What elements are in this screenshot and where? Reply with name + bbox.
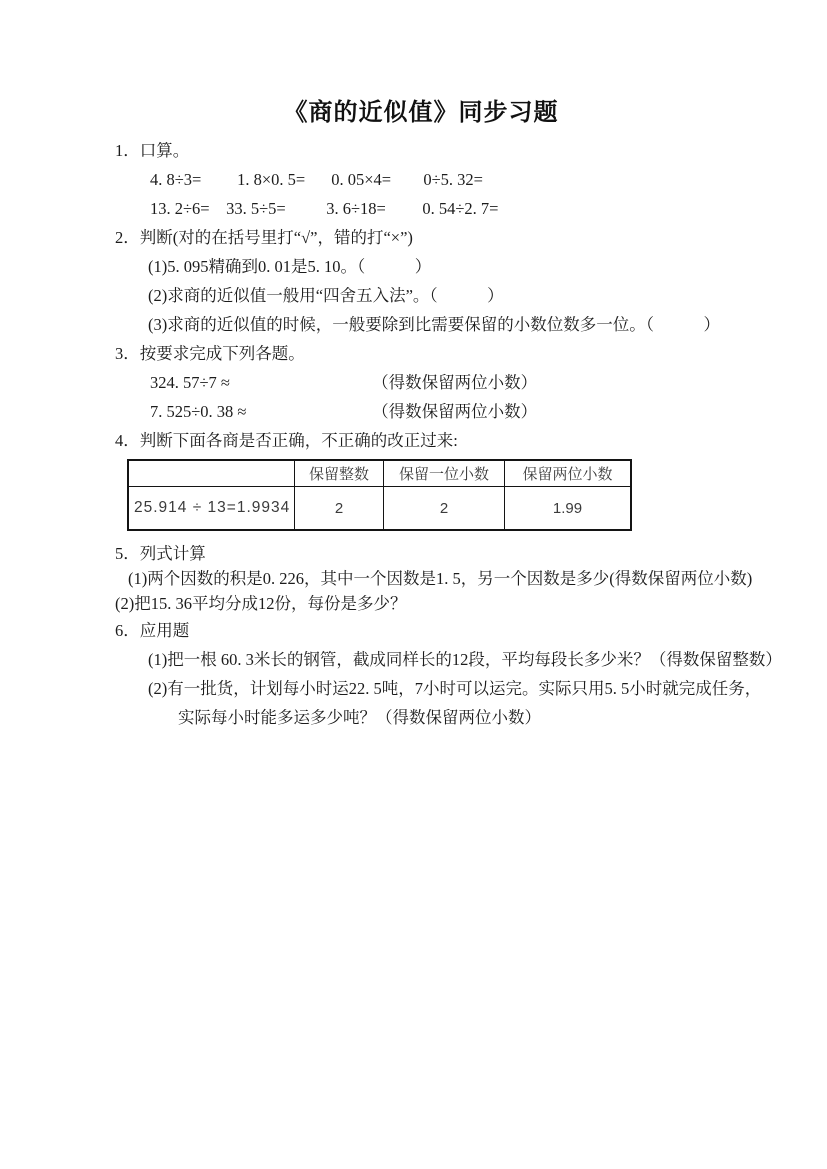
q6-item-2: (2)有一批货，计划每小时运22. 5吨，7小时可以运完。实际只用5. 5小时就… — [115, 674, 727, 703]
q2-item-2: (2)求商的近似值一般用“四舍五入法”。（ ） — [115, 281, 727, 310]
q3-note: （得数保留两位小数） — [372, 402, 537, 421]
q1-expression: 0. 05×4= — [331, 165, 419, 194]
q6-item-1: (1)把一根 60. 3米长的钢管，截成同样长的12段，平均每段长多少米？（得数… — [115, 645, 727, 674]
question-4-heading: 4．判断下面各商是否正确，不正确的改正过来: — [115, 426, 727, 455]
q3-expression: 7. 525÷0. 38 ≈ — [150, 397, 368, 426]
q3-row-1: 324. 57÷7 ≈ （得数保留两位小数） — [115, 368, 727, 397]
table-header-row: 保留整数 保留一位小数 保留两位小数 — [128, 460, 631, 487]
q5-item-1: (1)两个因数的积是0. 226，其中一个因数是1. 5，另一个因数是多少(得数… — [115, 566, 727, 591]
q5-item-2: (2)把15. 36平均分成12份，每份是多少？ — [115, 591, 727, 616]
q4-quotient-table: 保留整数 保留一位小数 保留两位小数 25.914 ÷ 13=1.9934 2 … — [127, 459, 632, 531]
question-3-heading: 3．按要求完成下列各题。 — [115, 339, 727, 368]
q1-expression: 33. 5÷5= — [226, 194, 322, 223]
question-6-heading: 6．应用题 — [115, 616, 727, 645]
q1-expression: 4. 8÷3= — [150, 165, 233, 194]
q2-item-1: (1)5. 095精确到0. 01是5. 10。（ ） — [115, 252, 727, 281]
q1-expression: 13. 2÷6= — [150, 194, 222, 223]
q1-expression: 0÷5. 32= — [423, 165, 483, 194]
q1-expression: 1. 8×0. 5= — [237, 165, 327, 194]
q1-expression: 3. 6÷18= — [326, 194, 418, 223]
q3-note: （得数保留两位小数） — [372, 373, 537, 392]
q6-item-2-continuation: 实际每小时能多运多少吨？（得数保留两位小数） — [115, 703, 727, 732]
worksheet-title: 《商的近似值》同步习题 — [115, 98, 727, 128]
table-header-integer: 保留整数 — [295, 460, 384, 487]
q1-expression-row-1: 4. 8÷3= 1. 8×0. 5= 0. 05×4= 0÷5. 32= — [115, 165, 727, 194]
question-5-heading: 5．列式计算 — [115, 541, 727, 566]
q1-expression-row-2: 13. 2÷6= 33. 5÷5= 3. 6÷18= 0. 54÷2. 7= — [115, 194, 727, 223]
q1-expression: 0. 54÷2. 7= — [422, 194, 498, 223]
table-row: 25.914 ÷ 13=1.9934 2 2 1.99 — [128, 487, 631, 531]
q3-row-2: 7. 525÷0. 38 ≈ （得数保留两位小数） — [115, 397, 727, 426]
table-cell-integer-value: 2 — [295, 487, 384, 531]
question-1-heading: 1．口算。 — [115, 136, 727, 165]
worksheet-page: 《商的近似值》同步习题 1．口算。 4. 8÷3= 1. 8×0. 5= 0. … — [0, 0, 827, 1169]
table-cell-one-decimal-value: 2 — [384, 487, 505, 531]
table-header-blank — [128, 460, 295, 487]
table-cell-two-decimals-value: 1.99 — [505, 487, 632, 531]
table-header-two-decimals: 保留两位小数 — [505, 460, 632, 487]
q3-expression: 324. 57÷7 ≈ — [150, 368, 368, 397]
question-2-heading: 2．判断(对的在括号里打“√”，错的打“×”) — [115, 223, 727, 252]
table-header-one-decimal: 保留一位小数 — [384, 460, 505, 487]
table-cell-expression: 25.914 ÷ 13=1.9934 — [128, 487, 295, 531]
q2-item-3: (3)求商的近似值的时候，一般要除到比需要保留的小数位数多一位。（ ） — [115, 310, 727, 339]
